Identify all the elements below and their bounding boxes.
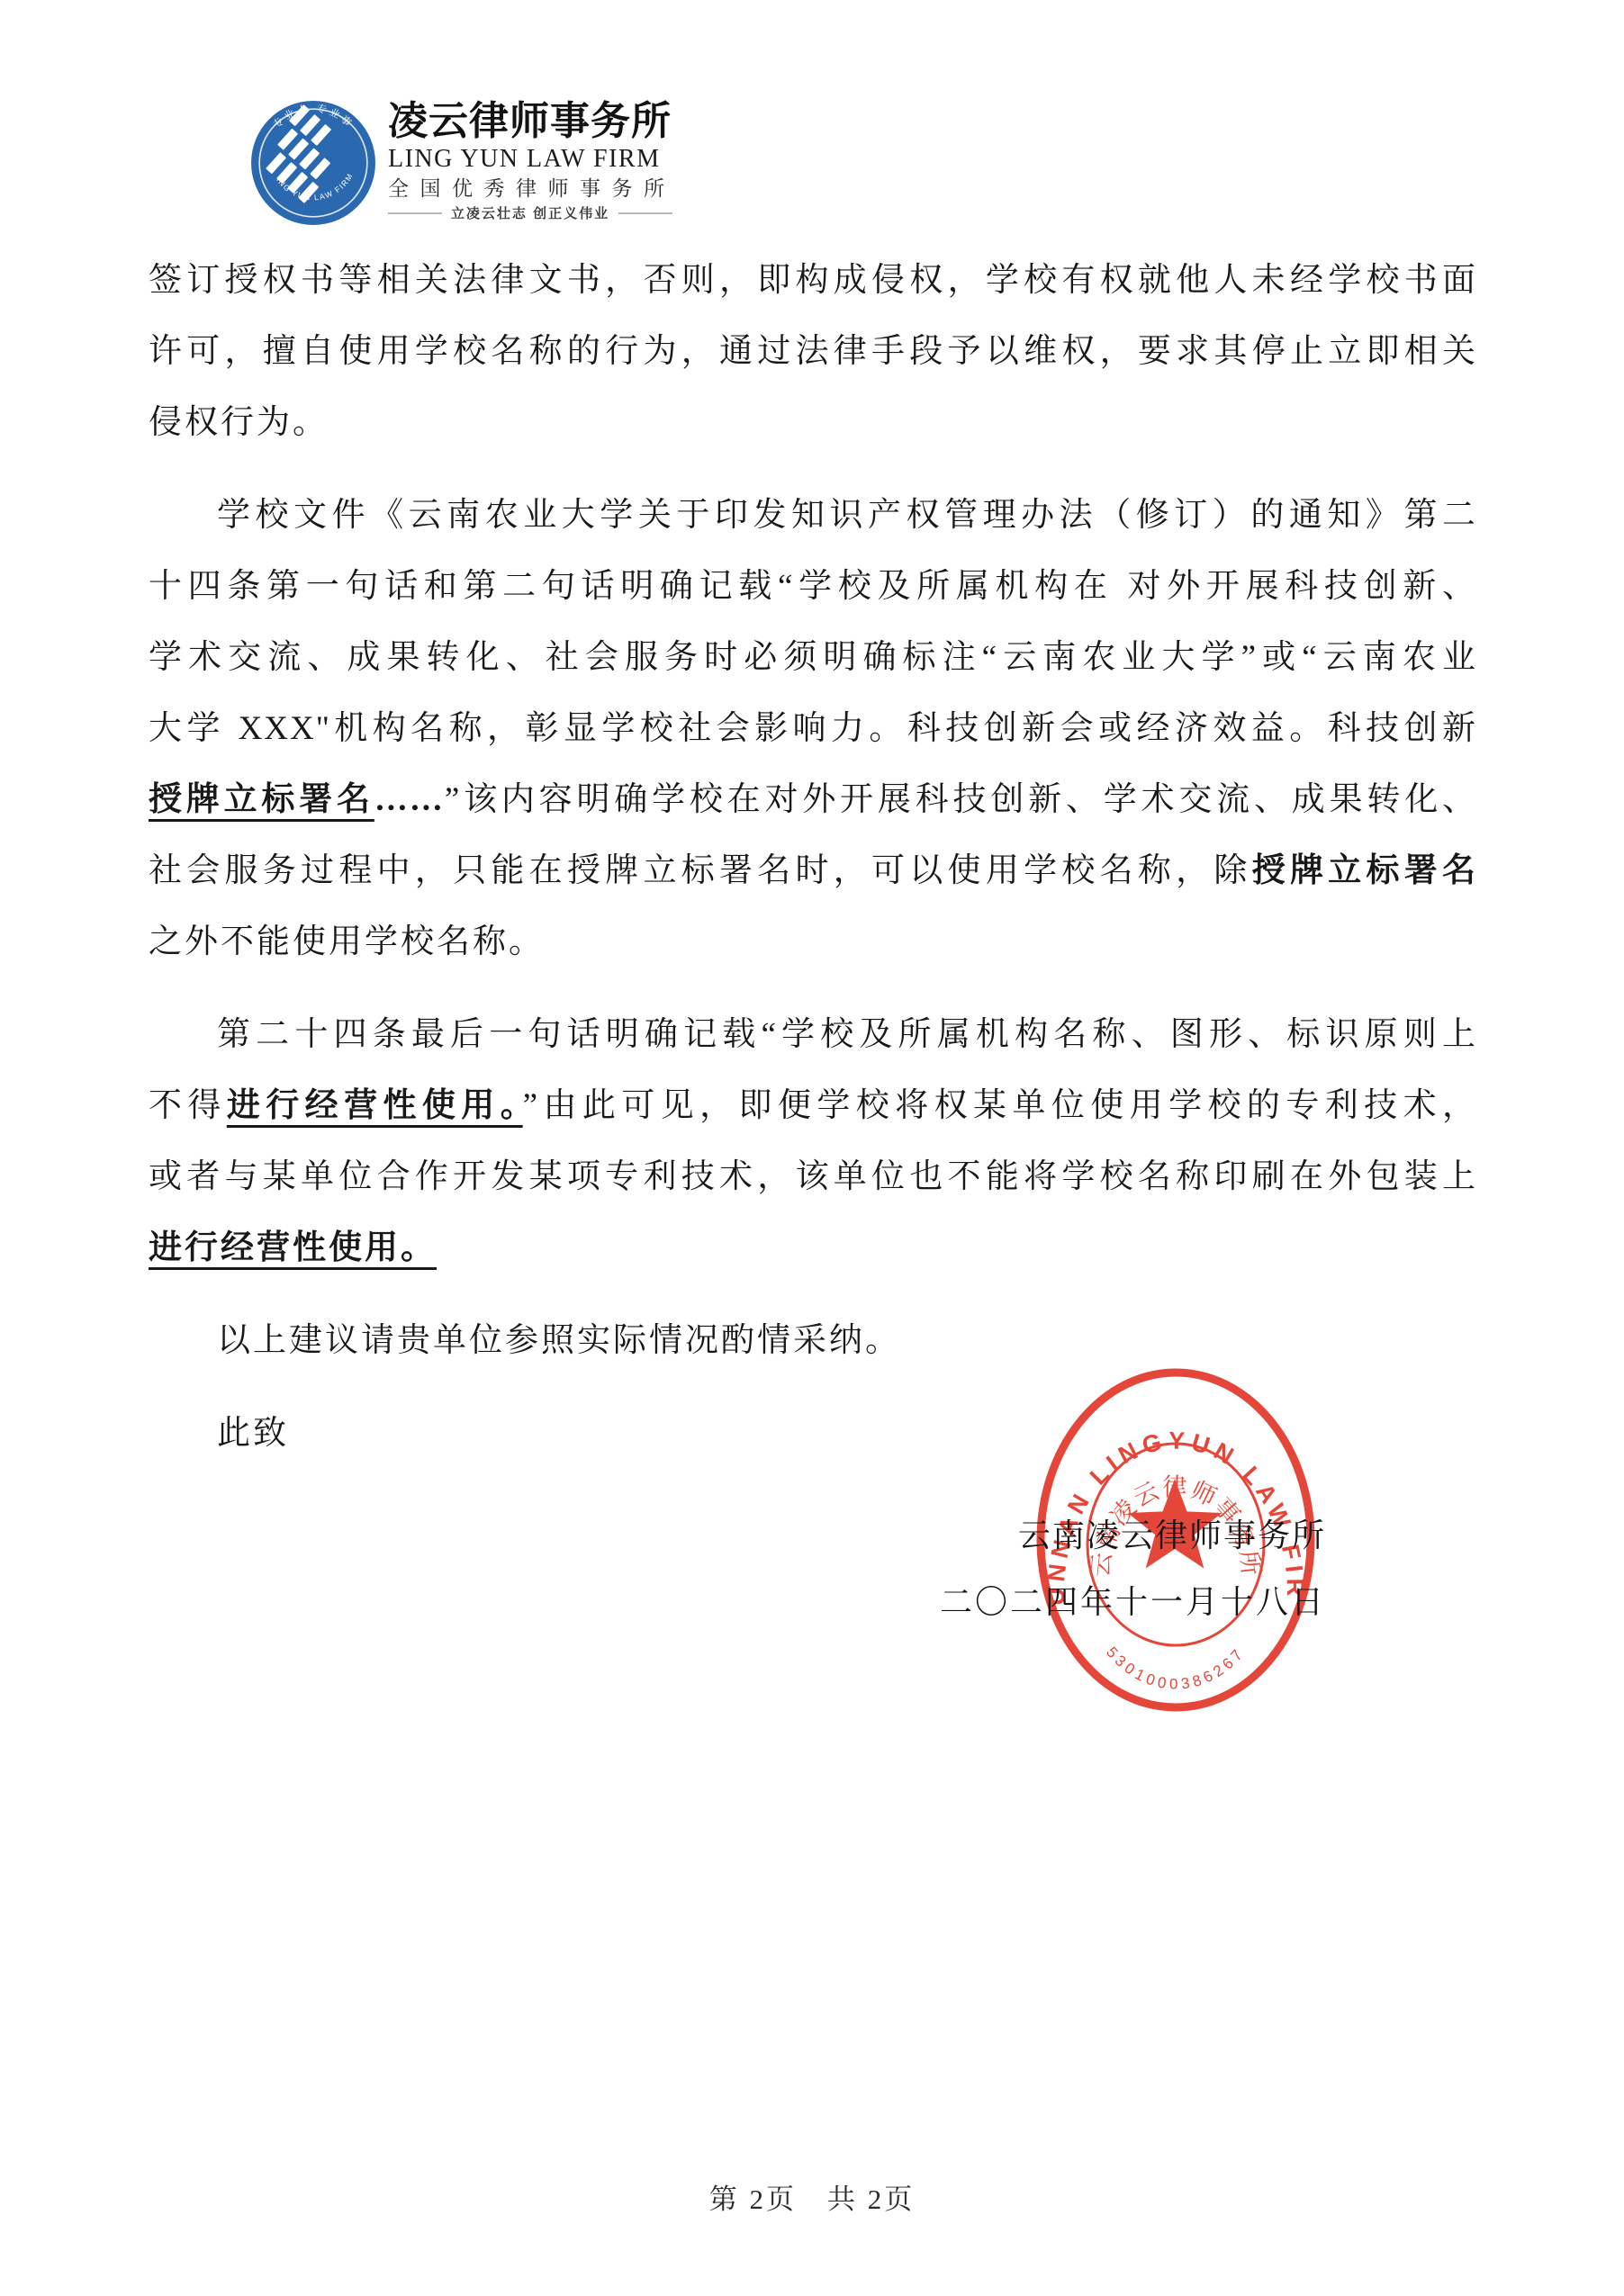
text-line: 社会服务过程中，只能在授牌立标署名时，可以使用学校名称，除授牌立标署名 bbox=[149, 835, 1477, 906]
text-line: 学校文件《云南农业大学关于印发知识产权管理办法（修订）的通知》第二 bbox=[149, 480, 1477, 551]
page-number-footer: 第 2页 共 2页 bbox=[0, 2176, 1624, 2217]
text-line: 学术交流、成果转化、社会服务时必须明确标注“云南农业大学”或“云南农业 bbox=[149, 622, 1477, 693]
firm-motto: 立凌云壮志 创正义伟业 bbox=[388, 203, 672, 222]
text-run: 学校文件《云南农业大学关于印发知识产权管理办法（修订）的通知》第二 bbox=[217, 497, 1477, 534]
motto-rule-right bbox=[618, 212, 672, 214]
firm-emblem-logo: 专业人 专业事 LING YUN LAW FIRM bbox=[249, 99, 377, 227]
emphasized-text-run: …… bbox=[374, 781, 445, 818]
text-run: 第二十四条最后一句话明确记载“学校及所属机构名称、图形、标识原则上 bbox=[217, 1016, 1477, 1053]
emphasized-text-run: 进行经营性使用。 bbox=[149, 1229, 437, 1266]
text-run: 大学 XXX"机构名称，彰显学校社会影响力。科技创新会或经济效益。科技创新 bbox=[149, 710, 1477, 747]
emphasized-text-run: 授牌立标署名 bbox=[149, 781, 374, 818]
text-run: ”该内容明确学校在对外开展科技创新、学术交流、成果转化、 bbox=[445, 781, 1477, 818]
text-line: 大学 XXX"机构名称，彰显学校社会影响力。科技创新会或经济效益。科技创新 bbox=[149, 693, 1477, 764]
text-line: 之外不能使用学校名称。 bbox=[149, 906, 1477, 977]
text-run: 学术交流、成果转化、社会服务时必须明确标注“云南农业大学”或“云南农业 bbox=[149, 639, 1477, 676]
text-run: 之外不能使用学校名称。 bbox=[149, 923, 545, 960]
emphasized-text-run: 授牌立标署名 bbox=[1252, 852, 1477, 889]
text-line: 第二十四条最后一句话明确记载“学校及所属机构名称、图形、标识原则上 bbox=[149, 999, 1477, 1070]
document-body: 签订授权书等相关法律文书，否则，即构成侵权，学校有权就他人未经学校书面许可，擅自… bbox=[149, 245, 1477, 1490]
firm-name-cn: 凌云律师事务所 bbox=[388, 99, 672, 144]
firm-subtitle: 全国优秀律师事务所 bbox=[388, 176, 672, 202]
text-run: 以上建议请贵单位参照实际情况酌情采纳。 bbox=[217, 1322, 901, 1359]
text-run: 签订授权书等相关法律文书，否则，即构成侵权，学校有权就他人未经学校书面 bbox=[149, 262, 1477, 299]
text-line: 或者与某单位合作开发某项专利技术，该单位也不能将学校名称印刷在外包装上 bbox=[149, 1141, 1477, 1212]
text-line: 授牌立标署名……”该内容明确学校在对外开展科技创新、学术交流、成果转化、 bbox=[149, 764, 1477, 835]
seal-serial-number: 5301000386267 bbox=[1103, 1643, 1249, 1693]
paragraph: 第二十四条最后一句话明确记载“学校及所属机构名称、图形、标识原则上不得进行经营性… bbox=[149, 999, 1477, 1283]
text-line: 进行经营性使用。 bbox=[149, 1212, 1477, 1283]
paragraph: 签订授权书等相关法律文书，否则，即构成侵权，学校有权就他人未经学校书面许可，擅自… bbox=[149, 245, 1477, 458]
text-line: 侵权行为。 bbox=[149, 387, 1477, 458]
signature-firm-name: 云南凌云律师事务所 bbox=[1018, 1510, 1326, 1556]
letterhead-text: 凌云律师事务所 LING YUN LAW FIRM 全国优秀律师事务所 立凌云壮… bbox=[388, 99, 672, 222]
letterhead: 专业人 专业事 LING YUN LAW FIRM 凌云律师事务所 LING Y… bbox=[249, 99, 672, 227]
firm-name-en: LING YUN LAW FIRM bbox=[388, 145, 672, 174]
text-line: 许可，擅自使用学校名称的行为，通过法律手段予以维权，要求其停止立即相关 bbox=[149, 316, 1477, 387]
text-line: 不得进行经营性使用。”由此可见，即便学校将权某单位使用学校的专利技术， bbox=[149, 1070, 1477, 1141]
text-line: 十四条第一句话和第二句话明确记载“学校及所属机构在 对外开展科技创新、 bbox=[149, 551, 1477, 622]
text-run: 不得 bbox=[149, 1087, 227, 1124]
text-run: 此致 bbox=[217, 1415, 289, 1452]
signature-date: 二〇二四年十一月十八日 bbox=[940, 1577, 1326, 1623]
text-run: 社会服务过程中，只能在授牌立标署名时，可以使用学校名称，除 bbox=[149, 852, 1252, 889]
text-run: 十四条第一句话和第二句话明确记载“学校及所属机构在 对外开展科技创新、 bbox=[149, 568, 1477, 605]
motto-rule-left bbox=[388, 212, 442, 214]
motto-text: 立凌云壮志 创正义伟业 bbox=[442, 203, 618, 222]
text-run: ”由此可见，即便学校将权某单位使用学校的专利技术， bbox=[523, 1087, 1477, 1124]
text-run: 或者与某单位合作开发某项专利技术，该单位也不能将学校名称印刷在外包装上 bbox=[149, 1158, 1477, 1195]
text-run: 许可，擅自使用学校名称的行为，通过法律手段予以维权，要求其停止立即相关 bbox=[149, 333, 1477, 370]
text-line: 签订授权书等相关法律文书，否则，即构成侵权，学校有权就他人未经学校书面 bbox=[149, 245, 1477, 316]
emphasized-text-run: 进行经营性使用。 bbox=[227, 1087, 523, 1124]
paragraph: 学校文件《云南农业大学关于印发知识产权管理办法（修订）的通知》第二十四条第一句话… bbox=[149, 480, 1477, 977]
text-run: 侵权行为。 bbox=[149, 404, 329, 441]
document-page: { "header": { "emblem": { "arc_top": "专业… bbox=[0, 0, 1624, 2296]
